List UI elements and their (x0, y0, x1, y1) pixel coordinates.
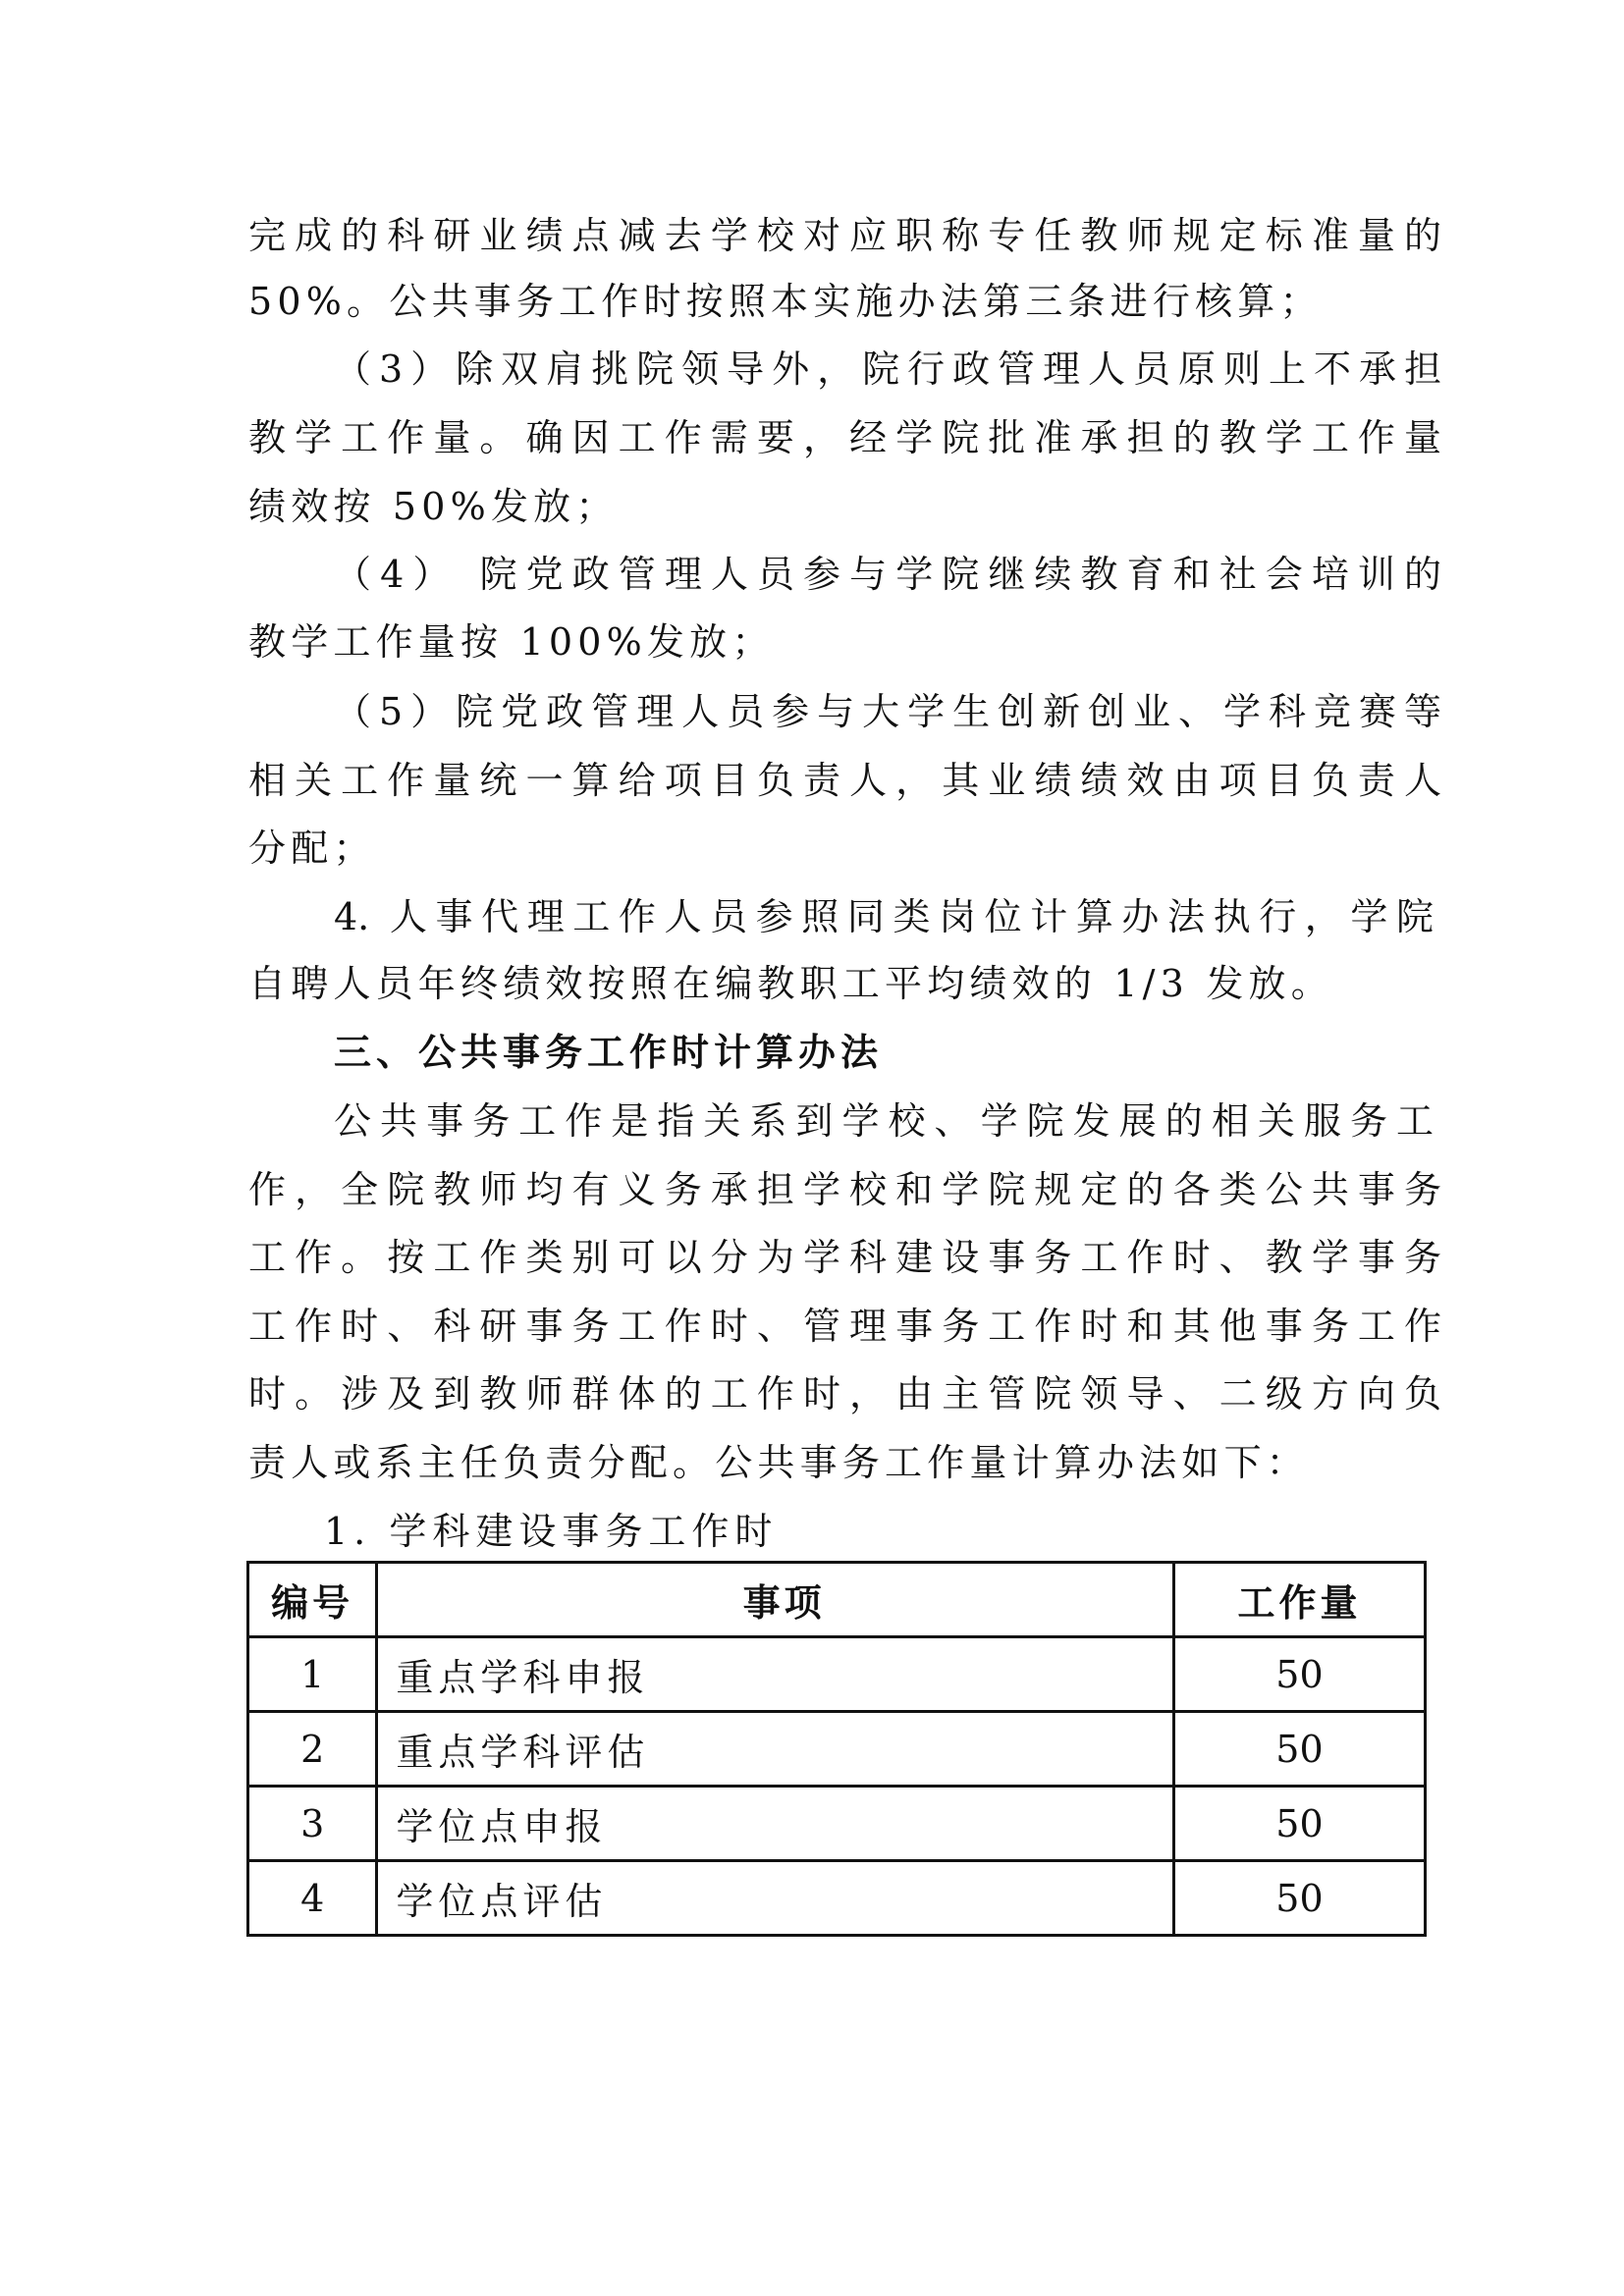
text-line: 自聘人员年终绩效按照在编教职工平均绩效的 1/3 发放。 (248, 956, 1441, 1011)
cell-number: 1 (248, 1637, 377, 1712)
cell-number: 2 (248, 1712, 377, 1787)
header-workload: 工作量 (1173, 1563, 1425, 1637)
table-header-row: 编号 事项 工作量 (248, 1563, 1426, 1637)
cell-number: 4 (248, 1861, 377, 1936)
text-line: 公共事务工作是指关系到学校、学院发展的相关服务工 (334, 1094, 1434, 1148)
cell-workload: 50 (1173, 1637, 1425, 1712)
cell-workload: 50 (1173, 1787, 1425, 1861)
cell-number: 3 (248, 1787, 377, 1861)
subsection-heading: 1. 学科建设事务工作时 (324, 1504, 1517, 1559)
cell-item: 学位点评估 (377, 1861, 1174, 1936)
text-line: 作，全院教师均有义务承担学校和学院规定的各类公共事务 (248, 1162, 1441, 1217)
text-line: 分配； (248, 821, 1441, 876)
text-line: （4） 院党政管理人员参与学院继续教育和社会培训的 (334, 547, 1441, 602)
document-page: 完成的科研业绩点减去学校对应职称专任教师规定标准量的 50%。公共事务工作时按照… (0, 0, 1624, 2296)
text-line: 教学工作量。确因工作需要，经学院批准承担的教学工作量 (248, 410, 1441, 465)
text-line: （5）院党政管理人员参与大学生创新创业、学科竞赛等 (334, 684, 1441, 739)
text-line: （3）除双肩挑院领导外，院行政管理人员原则上不承担 (334, 342, 1441, 397)
cell-item: 重点学科评估 (377, 1712, 1174, 1787)
table-row: 2 重点学科评估 50 (248, 1712, 1426, 1787)
section-heading: 三、公共事务工作时计算办法 (334, 1025, 1441, 1080)
cell-item: 重点学科申报 (377, 1637, 1174, 1712)
workload-table: 编号 事项 工作量 1 重点学科申报 50 2 重点学科评估 50 3 学位点申… (246, 1561, 1427, 1937)
text-line: 时。涉及到教师群体的工作时，由主管院领导、二级方向负 (248, 1366, 1441, 1421)
text-line: 责人或系主任负责分配。公共事务工作量计算办法如下： (248, 1435, 1441, 1490)
text-line: 50%。公共事务工作时按照本实施办法第三条进行核算； (248, 274, 1441, 329)
cell-item: 学位点申报 (377, 1787, 1174, 1861)
cell-workload: 50 (1173, 1861, 1425, 1936)
table-row: 1 重点学科申报 50 (248, 1637, 1426, 1712)
text-line: 完成的科研业绩点减去学校对应职称专任教师规定标准量的 (248, 208, 1441, 263)
table-row: 3 学位点申报 50 (248, 1787, 1426, 1861)
text-line: 工作。按工作类别可以分为学科建设事务工作时、教学事务 (248, 1230, 1441, 1285)
text-line: 绩效按 50%发放； (248, 479, 1441, 534)
cell-workload: 50 (1173, 1712, 1425, 1787)
text-line: 相关工作量统一算给项目负责人，其业绩绩效由项目负责人 (248, 753, 1441, 808)
header-item: 事项 (377, 1563, 1174, 1637)
text-line: 工作时、科研事务工作时、管理事务工作时和其他事务工作 (248, 1299, 1441, 1354)
text-line: 教学工作量按 100%发放； (248, 614, 1441, 669)
header-number: 编号 (248, 1563, 377, 1637)
text-line: 4. 人事代理工作人员参照同类岗位计算办法执行，学院 (334, 889, 1434, 944)
table-row: 4 学位点评估 50 (248, 1861, 1426, 1936)
